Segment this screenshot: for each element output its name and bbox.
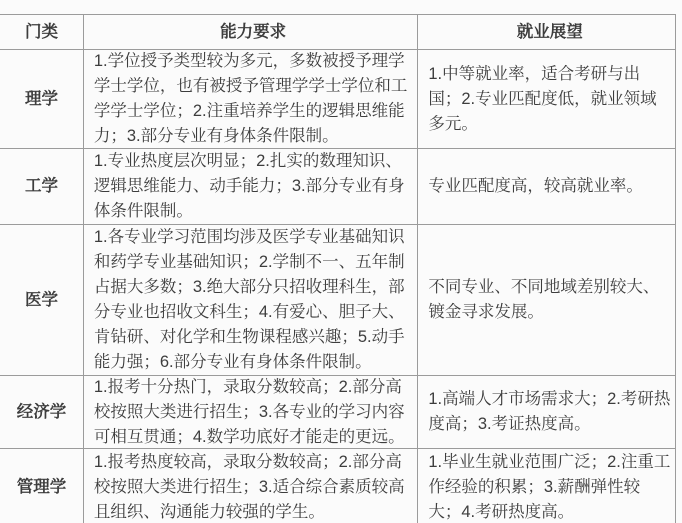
category-cell: 工学 (0, 149, 83, 224)
header-ability: 能力要求 (83, 15, 418, 49)
ability-cell: 1.专业热度层次明显；2.扎实的数理知识、逻辑思维能力、动手能力；3.部分专业有… (83, 149, 418, 224)
header-category: 门类 (0, 15, 83, 49)
ability-cell: 1.报考热度较高，录取分数较高；2.部分高校按照大类进行招生；3.适合综合素质较… (83, 449, 418, 523)
category-cell: 经济学 (0, 376, 83, 448)
category-cell: 理学 (0, 50, 83, 148)
category-cell: 医学 (0, 225, 83, 375)
ability-cell: 1.学位授予类型较为多元，多数被授予理学学士学位，也有被授予管理学学士学位和工学… (83, 50, 418, 148)
header-outlook: 就业展望 (417, 15, 675, 49)
table-row: 理学 1.学位授予类型较为多元，多数被授予理学学士学位，也有被授予管理学学士学位… (0, 50, 675, 149)
table-header-row: 门类 能力要求 就业展望 (0, 15, 675, 50)
outlook-cell: 1.毕业生就业范围广泛；2.注重工作经验的积累；3.薪酬弹性较大；4.考研热度高… (417, 449, 675, 523)
table-row: 管理学 1.报考热度较高，录取分数较高；2.部分高校按照大类进行招生；3.适合综… (0, 449, 675, 523)
outlook-cell: 不同专业、不同地域差别较大、镀金寻求发展。 (417, 225, 675, 375)
ability-cell: 1.报考十分热门，录取分数较高；2.部分高校按照大类进行招生；3.各专业的学习内… (83, 376, 418, 448)
table-row: 经济学 1.报考十分热门，录取分数较高；2.部分高校按照大类进行招生；3.各专业… (0, 376, 675, 449)
outlook-cell: 1.中等就业率，适合考研与出国；2.专业匹配度低，就业领域多元。 (417, 50, 675, 148)
category-cell: 管理学 (0, 449, 83, 523)
table-row: 工学 1.专业热度层次明显；2.扎实的数理知识、逻辑思维能力、动手能力；3.部分… (0, 149, 675, 225)
table-row: 医学 1.各专业学习范围均涉及医学专业基础知识和药学专业基础知识；2.学制不一、… (0, 225, 675, 376)
majors-comparison-table: 门类 能力要求 就业展望 理学 1.学位授予类型较为多元，多数被授予理学学士学位… (0, 14, 676, 523)
outlook-cell: 专业匹配度高，较高就业率。 (417, 149, 675, 224)
ability-cell: 1.各专业学习范围均涉及医学专业基础知识和药学专业基础知识；2.学制不一、五年制… (83, 225, 418, 375)
outlook-cell: 1.高端人才市场需求大；2.考研热度高；3.考证热度高。 (417, 376, 675, 448)
